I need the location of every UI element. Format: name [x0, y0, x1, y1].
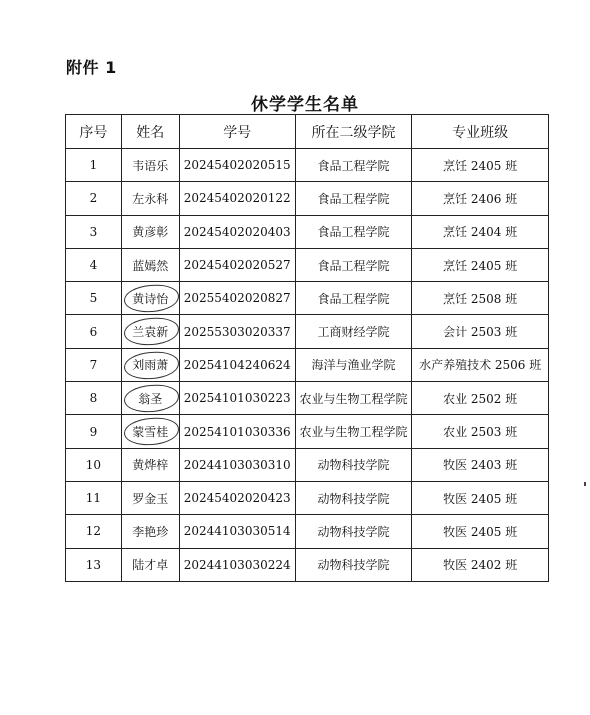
scan-speck	[584, 482, 586, 486]
table-row: 3黄彦彰20245402020403食品工程学院烹饪 2404 班	[66, 215, 549, 248]
cell-class: 烹饪 2404 班	[412, 215, 549, 248]
cell-college: 食品工程学院	[295, 182, 412, 215]
cell-class: 会计 2503 班	[412, 315, 549, 348]
cell-college: 动物科技学院	[295, 548, 412, 581]
cell-student-id: 20245402020515	[179, 149, 295, 182]
cell-student-id: 20245402020403	[179, 215, 295, 248]
cell-number: 1	[66, 149, 122, 182]
cell-college: 农业与生物工程学院	[295, 382, 412, 415]
table-row: 7刘雨萧20254104240624海洋与渔业学院水产养殖技术 2506 班	[66, 348, 549, 381]
cell-college: 食品工程学院	[295, 149, 412, 182]
table-row: 10黄烨梓20244103030310动物科技学院牧医 2403 班	[66, 448, 549, 481]
table-header-row: 序号 姓名 学号 所在二级学院 专业班级	[66, 115, 549, 149]
cell-number: 12	[66, 515, 122, 548]
attachment-label: 附件 1	[66, 55, 117, 78]
cell-number: 5	[66, 282, 122, 315]
cell-number: 4	[66, 248, 122, 281]
table-row: 9蒙雪桂20254101030336农业与生物工程学院农业 2503 班	[66, 415, 549, 448]
cell-number: 10	[66, 448, 122, 481]
cell-class: 烹饪 2405 班	[412, 149, 549, 182]
cell-class: 烹饪 2406 班	[412, 182, 549, 215]
cell-name: 陆才卓	[121, 548, 179, 581]
cell-student-id: 20254101030223	[179, 382, 295, 415]
cell-class: 牧医 2405 班	[412, 515, 549, 548]
cell-student-id: 20245402020527	[179, 248, 295, 281]
table-row: 4蓝嫣然20245402020527食品工程学院烹饪 2405 班	[66, 248, 549, 281]
table-row: 6兰袁新20255303020337工商财经学院会计 2503 班	[66, 315, 549, 348]
cell-name-circled: 兰袁新	[121, 315, 179, 348]
cell-number: 13	[66, 548, 122, 581]
table-row: 12李艳珍20244103030514动物科技学院牧医 2405 班	[66, 515, 549, 548]
cell-name: 左永科	[121, 182, 179, 215]
cell-number: 8	[66, 382, 122, 415]
column-header-number: 序号	[66, 115, 122, 149]
cell-name: 黄彦彰	[121, 215, 179, 248]
cell-college: 食品工程学院	[295, 215, 412, 248]
cell-college: 食品工程学院	[295, 282, 412, 315]
cell-number: 3	[66, 215, 122, 248]
document-title: 休学学生名单	[0, 90, 590, 115]
cell-college: 食品工程学院	[295, 248, 412, 281]
student-roster-table: 序号 姓名 学号 所在二级学院 专业班级 1韦语乐20245402020515食…	[65, 114, 549, 582]
cell-college: 农业与生物工程学院	[295, 415, 412, 448]
cell-number: 6	[66, 315, 122, 348]
table-row: 13陆才卓20244103030224动物科技学院牧医 2402 班	[66, 548, 549, 581]
column-header-class: 专业班级	[412, 115, 549, 149]
table-row: 5黄诗怡20255402020827食品工程学院烹饪 2508 班	[66, 282, 549, 315]
cell-student-id: 20244103030514	[179, 515, 295, 548]
cell-class: 烹饪 2405 班	[412, 248, 549, 281]
cell-college: 工商财经学院	[295, 315, 412, 348]
cell-college: 动物科技学院	[295, 448, 412, 481]
cell-name-circled: 翁圣	[121, 382, 179, 415]
table-row: 8翁圣20254101030223农业与生物工程学院农业 2502 班	[66, 382, 549, 415]
cell-college: 海洋与渔业学院	[295, 348, 412, 381]
cell-student-id: 20254104240624	[179, 348, 295, 381]
cell-name: 黄烨梓	[121, 448, 179, 481]
cell-student-id: 20245402020122	[179, 182, 295, 215]
table-row: 2左永科20245402020122食品工程学院烹饪 2406 班	[66, 182, 549, 215]
cell-name: 韦语乐	[121, 149, 179, 182]
cell-college: 动物科技学院	[295, 481, 412, 514]
cell-name: 罗金玉	[121, 481, 179, 514]
cell-student-id: 20245402020423	[179, 481, 295, 514]
cell-class: 农业 2503 班	[412, 415, 549, 448]
cell-number: 9	[66, 415, 122, 448]
column-header-college: 所在二级学院	[295, 115, 412, 149]
cell-college: 动物科技学院	[295, 515, 412, 548]
cell-class: 水产养殖技术 2506 班	[412, 348, 549, 381]
cell-name-circled: 黄诗怡	[121, 282, 179, 315]
cell-class: 牧医 2405 班	[412, 481, 549, 514]
column-header-name: 姓名	[121, 115, 179, 149]
cell-name: 蓝嫣然	[121, 248, 179, 281]
cell-student-id: 20255402020827	[179, 282, 295, 315]
cell-number: 11	[66, 481, 122, 514]
cell-class: 牧医 2402 班	[412, 548, 549, 581]
cell-number: 7	[66, 348, 122, 381]
cell-name: 李艳珍	[121, 515, 179, 548]
cell-student-id: 20255303020337	[179, 315, 295, 348]
table-row: 11罗金玉20245402020423动物科技学院牧医 2405 班	[66, 481, 549, 514]
cell-student-id: 20244103030224	[179, 548, 295, 581]
cell-class: 牧医 2403 班	[412, 448, 549, 481]
cell-number: 2	[66, 182, 122, 215]
cell-class: 烹饪 2508 班	[412, 282, 549, 315]
cell-name-circled: 蒙雪桂	[121, 415, 179, 448]
cell-student-id: 20254101030336	[179, 415, 295, 448]
cell-class: 农业 2502 班	[412, 382, 549, 415]
cell-student-id: 20244103030310	[179, 448, 295, 481]
column-header-student-id: 学号	[179, 115, 295, 149]
cell-name-circled: 刘雨萧	[121, 348, 179, 381]
table-row: 1韦语乐20245402020515食品工程学院烹饪 2405 班	[66, 149, 549, 182]
